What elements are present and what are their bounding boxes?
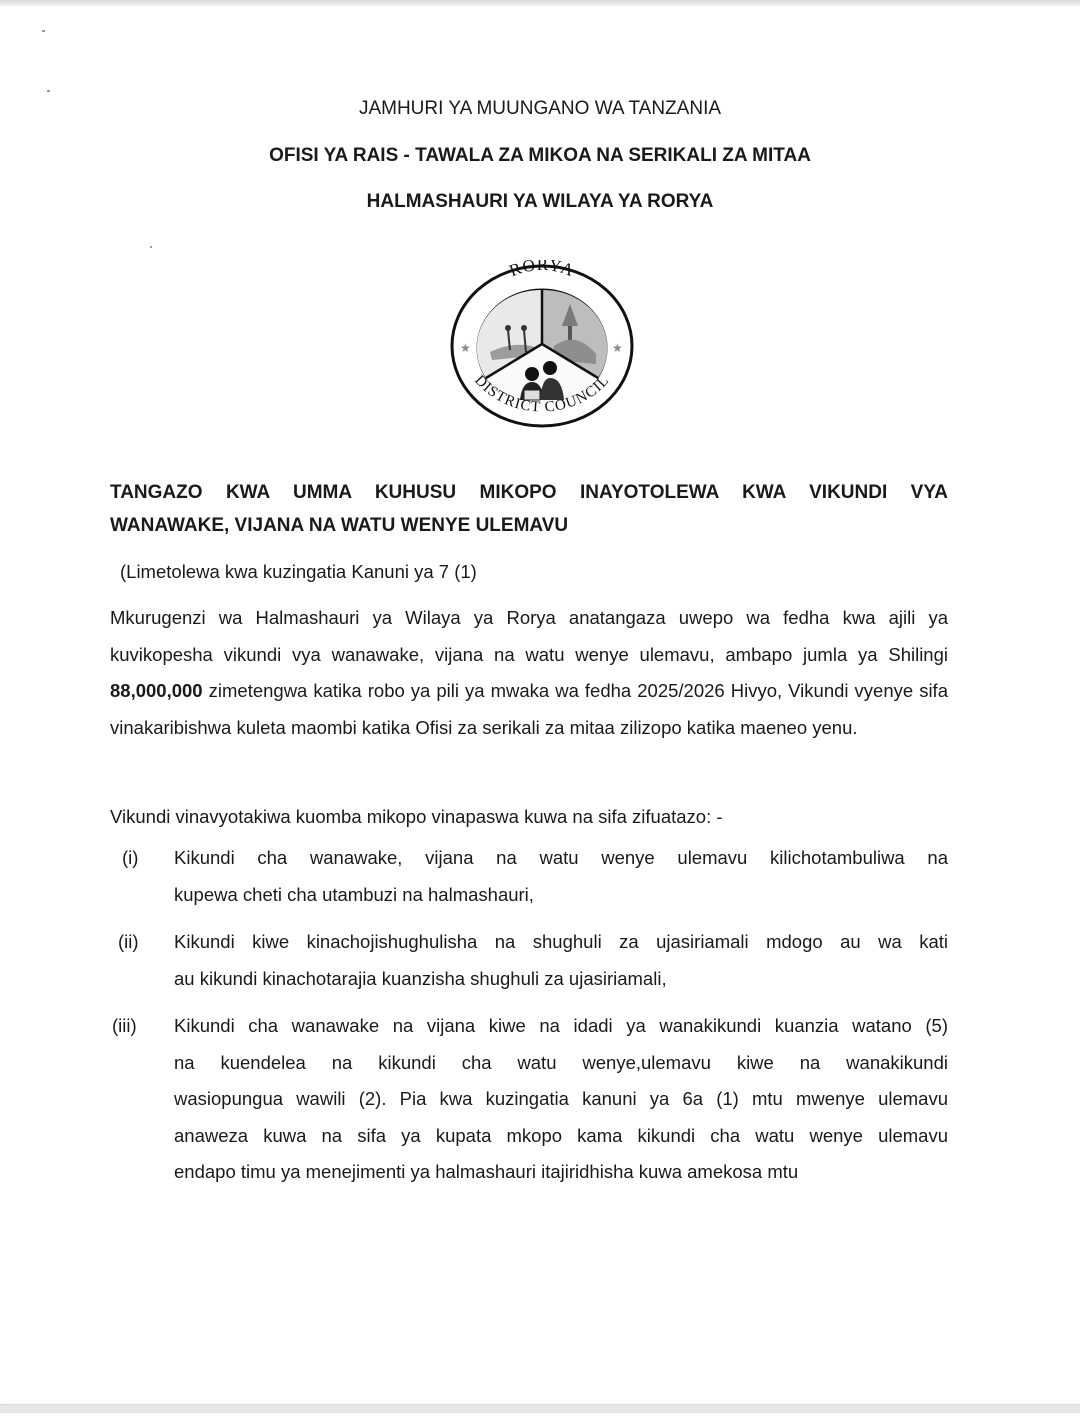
header-office: OFISI YA RAIS - TAWALA ZA MIKOA NA SERIK… [0, 145, 1080, 167]
rorya-district-council-seal-icon: ★ ★ RORYA DISTRICT COUNCIL [446, 260, 638, 428]
header-council: HALMASHAURI YA WILAYA YA RORYA [0, 191, 1080, 213]
criteria-line: endapo timu ya menejimenti ya halmashaur… [174, 1154, 948, 1191]
notice-title-line: WANAWAKE, VIJANA NA WATU WENYE ULEMAVU [110, 515, 568, 536]
svg-text:★: ★ [460, 341, 471, 355]
page-bottom-edge [0, 1404, 1080, 1413]
scan-speck [42, 30, 45, 32]
header-country: JAMHURI YA MUUNGANO WA TANZANIA [0, 98, 1080, 120]
svg-text:★: ★ [612, 341, 623, 355]
scan-speck [150, 246, 152, 248]
intro-text: zimetengwa katika robo ya pili ya mwaka … [110, 680, 948, 738]
criteria-number: (i) [122, 840, 182, 877]
notice-title: TANGAZO KWA UMMA KUHUSU MIKOPO INAYOTOLE… [110, 476, 948, 542]
criteria-line: au kikundi kinachotarajia kuanzisha shug… [174, 961, 948, 998]
criteria-item: (ii) Kikundi kiwe kinachojishughulisha n… [110, 924, 948, 997]
criteria-line: Kikundi cha wanawake na vijana kiwe na i… [174, 1008, 948, 1045]
criteria-number: (iii) [112, 1008, 172, 1045]
criteria-line: na kuendelea na kikundi cha watu wenye,u… [174, 1045, 948, 1082]
criteria-line: kupewa cheti cha utambuzi na halmashauri… [174, 877, 948, 914]
criteria-line: Kikundi kiwe kinachojishughulisha na shu… [174, 924, 948, 961]
notice-title-line: TANGAZO KWA UMMA KUHUSU MIKOPO INAYOTOLE… [110, 476, 948, 509]
intro-text: Mkurugenzi wa Halmashauri ya Wilaya ya R… [110, 607, 948, 665]
criteria-line: anaweza kuwa na sifa ya kupata mkopo kam… [174, 1118, 948, 1155]
allocated-amount: 88,000,000 [110, 680, 203, 701]
page-top-edge [0, 0, 1080, 6]
criteria-lead: Vikundi vinavyotakiwa kuomba mikopo vina… [110, 799, 948, 836]
scan-speck [47, 90, 50, 92]
intro-paragraph: Mkurugenzi wa Halmashauri ya Wilaya ya R… [110, 600, 948, 746]
criteria-line: Kikundi cha wanawake, vijana na watu wen… [174, 840, 948, 877]
regulation-note: (Limetolewa kwa kuzingatia Kanuni ya 7 (… [120, 561, 477, 583]
criteria-item: (iii) Kikundi cha wanawake na vijana kiw… [110, 1008, 948, 1191]
criteria-line: wasiopungua wawili (2). Pia kwa kuzingat… [174, 1081, 948, 1118]
criteria-number: (ii) [118, 924, 178, 961]
criteria-item: (i) Kikundi cha wanawake, vijana na watu… [110, 840, 948, 913]
